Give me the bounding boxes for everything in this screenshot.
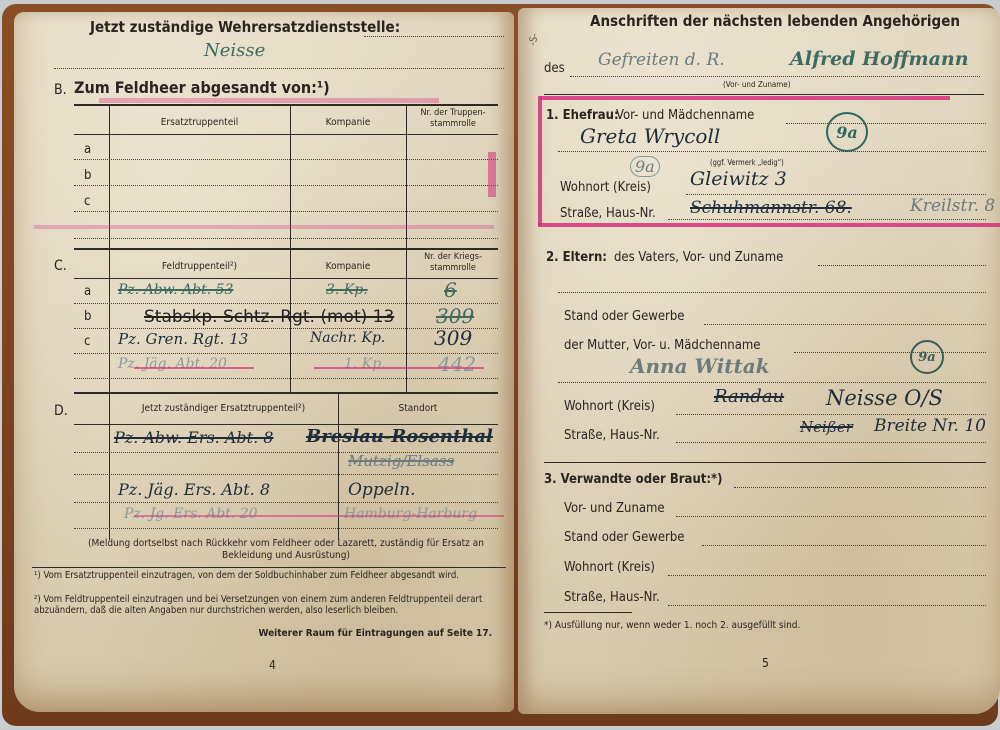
s1-street-label: Straße, Haus-Nr. [560,206,656,221]
c-row-a-company: 3. Kp. [326,282,368,298]
s1-name-label: Vor- und Mädchenname [616,108,754,123]
d-row-4-unit: Pz. Jg. Ers. Abt. 20 [124,506,258,522]
b-col-number: Nr. der Truppen-stammrolle [408,108,498,130]
header-handwritten: Neisse [204,40,265,61]
c-row-d-company: 1. Kp. [344,356,386,372]
s3-street-label: Straße, Haus-Nr. [564,590,660,605]
s1-stamp: 9a [826,112,868,152]
s2-heading: 2. Eltern: [546,250,607,265]
b-row-b: b [84,168,91,183]
section-b-title: Zum Feldheer abgesandt von:¹) [74,78,330,97]
s3-residence-label: Wohnort (Kreis) [564,560,655,575]
s1-note: (ggf. Vermerk „ledig“) [710,158,784,167]
s2-street-struck: Neißer [800,418,853,436]
b-row-c: c [84,194,90,209]
s2-stamp: 9a [910,340,944,374]
b-col-unit: Ersatztruppenteil [109,117,290,128]
c-col-unit: Feldtruppenteil²) [109,261,290,272]
s3-name-label: Vor- und Zuname [564,501,665,516]
section-c-letter: C. [54,258,67,274]
d-col-location: Standort [338,403,498,414]
d-row-3-unit: Pz. Jäg. Ers. Abt. 8 [118,480,270,499]
section-d-letter: D. [54,403,68,419]
page-title: Anschriften der nächsten lebenden Angehö… [590,12,960,30]
s2-street-label: Straße, Haus-Nr. [564,428,660,443]
c-row-b-number: 309 [436,304,474,328]
c-row-a-number: 6 [444,278,457,302]
d-note: (Meldung dortselbst nach Rückkehr vom Fe… [66,538,506,562]
c-row-c-label: c [84,334,90,349]
continuation-note: Weiterer Raum für Eintragungen auf Seite… [259,628,493,639]
des-label: des [544,61,565,76]
c-row-d-number: 442 [438,352,476,376]
s3-footnote: *) Ausfüllung nur, wenn weder 1. noch 2.… [544,620,800,631]
d-row-2-location: Mutzig/Elsass [348,452,454,470]
des-rank: Gefreiten d. R. [598,50,725,70]
page-5: -S- Anschriften der nächsten lebenden An… [518,8,1000,714]
page-number-5: 5 [762,656,769,670]
corner-mark: -S- [528,33,541,47]
d-row-4-location: Hamburg-Harburg [344,506,477,522]
c-row-b-unit: Stabskp. Schtz. Rgt. (mot) 13 [144,307,394,327]
c-row-b-label: b [84,309,91,324]
s3-occupation-label: Stand oder Gewerbe [564,530,685,545]
header-label: Jetzt zuständige Wehrersatzdienststelle: [90,18,400,36]
s1-residence-value: Gleiwitz 3 [690,168,787,190]
s1-heading: 1. Ehefrau: [546,108,619,123]
s3-heading: 3. Verwandte oder Braut:*) [544,472,723,487]
s2-father-label: des Vaters, Vor- und Zuname [614,250,783,265]
des-caption: (Vor- und Zuname) [723,80,791,89]
s1-name-value: Greta Wrycoll [580,124,720,148]
s2-residence-label: Wohnort (Kreis) [564,399,655,414]
s2-mother-label: der Mutter, Vor- u. Mädchenname [564,338,760,353]
c-row-d-unit: Pz. Jäg. Abt. 20 [118,356,227,372]
b-row-a: a [84,142,91,157]
c-col-number: Nr. der Kriegs-stammrolle [408,252,498,274]
s1-residence-label: Wohnort (Kreis) [560,180,651,195]
d-row-3-location: Oppeln. [348,480,416,500]
c-row-a-unit: Pz. Abw. Abt. 53 [118,282,233,298]
s2-street-value: Breite Nr. 10 [874,416,986,436]
s2-residence-struck: Randau [714,386,784,407]
page-number-4: 4 [269,658,276,672]
s1-stamp2: 9a [630,156,660,177]
s2-occupation-label: Stand oder Gewerbe [564,309,685,324]
c-row-a-label: a [84,284,91,299]
d-col-unit: Jetzt zuständiger Ersatztruppenteil²) [109,403,338,414]
footnote-1: ¹) Vom Ersatztruppenteil einzutragen, vo… [34,570,504,581]
page-4: Jetzt zuständige Wehrersatzdienststelle:… [14,12,514,712]
footnote-2: ²) Vom Feldtruppenteil einzutragen und b… [34,594,504,616]
s2-residence-value: Neisse O/S [826,386,943,410]
des-name: Alfred Hoffmann [790,48,969,70]
s2-mother-value: Anna Wittak [630,354,770,378]
c-row-c-company: Nachr. Kp. [310,330,385,346]
c-col-company: Kompanie [290,261,406,272]
c-row-c-unit: Pz. Gren. Rgt. 13 [118,330,248,348]
d-row-1-unit: Pz. Abw. Ers. Abt. 8 [114,428,273,447]
s1-street-struck: Schuhmannstr. 68. [690,198,852,218]
s1-street-value: Kreilstr. 8 [910,196,995,216]
b-col-company: Kompanie [290,117,406,128]
d-row-1-location: Breslau-Rosenthal [306,426,493,447]
section-b-letter: B. [54,82,67,98]
c-row-c-number: 309 [434,326,472,350]
